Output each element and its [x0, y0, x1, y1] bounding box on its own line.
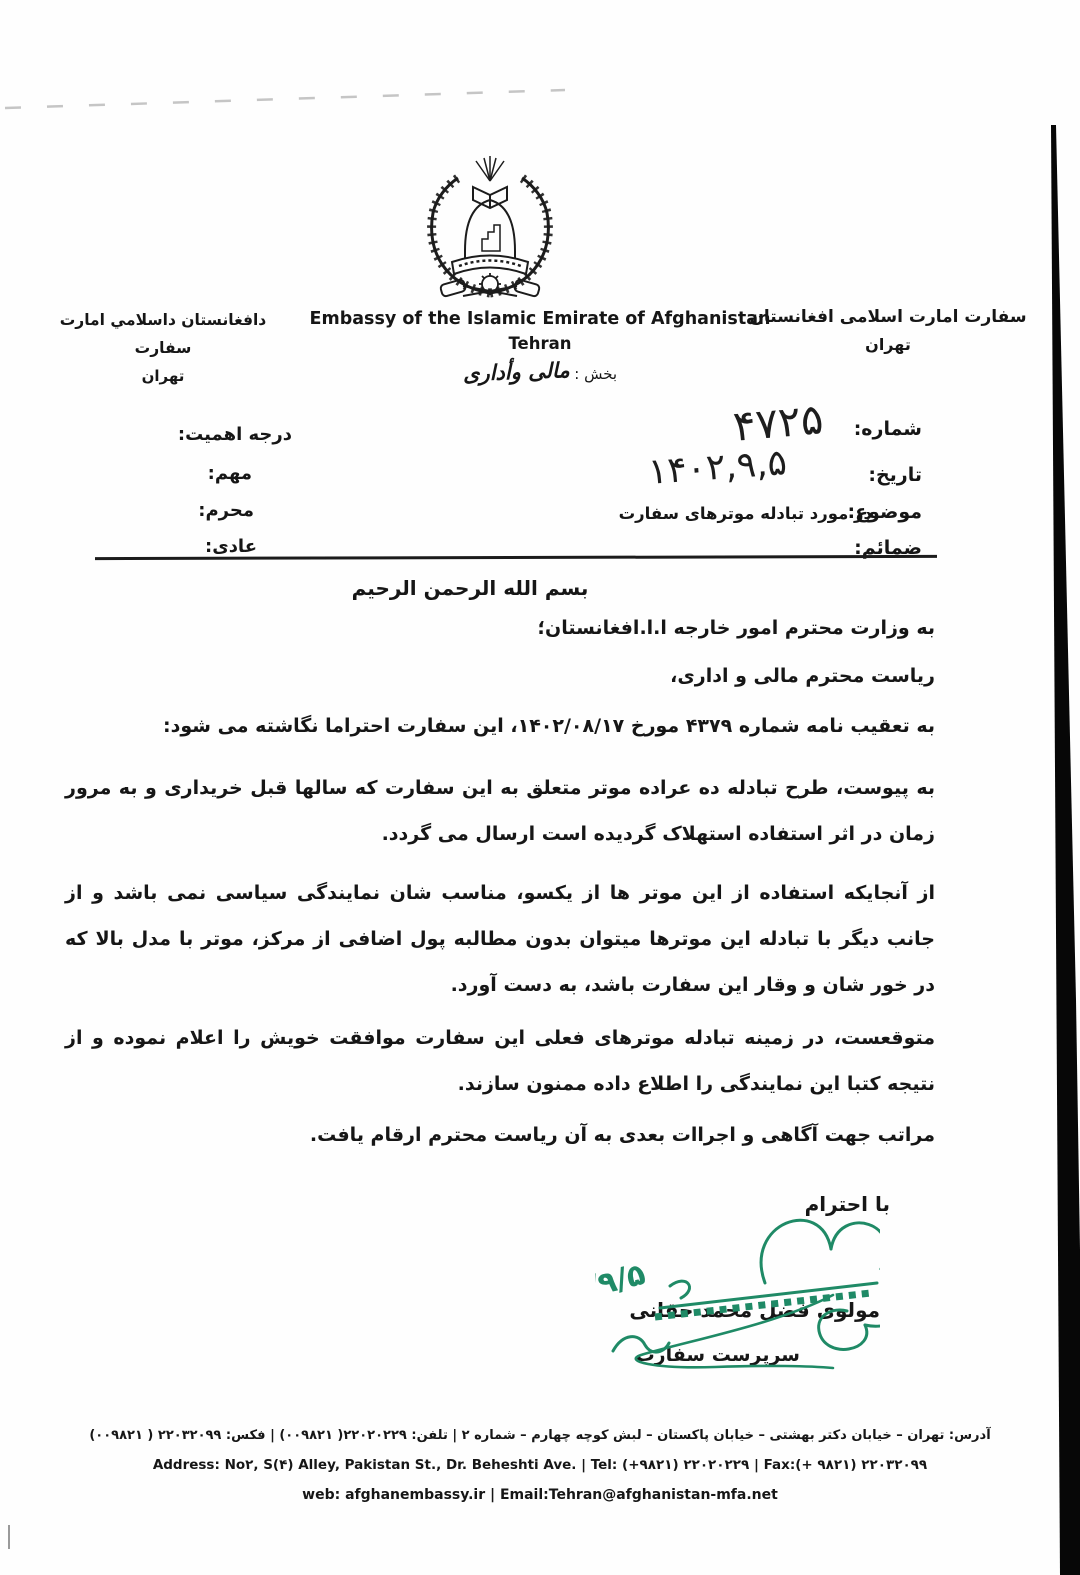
number-label: شماره: [854, 418, 922, 440]
subject-value: در مورد تبادله موترهای سفارت [619, 504, 872, 523]
reference-line: به تعقیب نامه شماره ۴۳۷۹ مورخ ۱۴۰۲/۰۸/۱۷… [163, 715, 935, 737]
scanned-letter-page: سفارت امارت اسلامی افغانستان تهران Embas… [0, 0, 1080, 1575]
directorate-line: ریاست محترم مالی و اداری، [670, 665, 935, 687]
footer-address-fa: آدرس: تهران – خیابان دکتر بهشتی – خیابان… [0, 1428, 1080, 1443]
header-english: Embassy of the Islamic Emirate of Afghan… [295, 306, 785, 390]
header-section-row: بخش : مالی وأداری [295, 356, 785, 390]
islamic-emirate-emblem-icon [405, 155, 575, 305]
signature-scribble: ۱۴۰۲/۹/۵ [595, 1165, 880, 1375]
signature-date-handwritten: ۱۴۰۲/۹/۵ [595, 1257, 649, 1323]
section-value-handwritten: مالی وأداری [462, 354, 570, 390]
bismillah-line: بسم الله الرحمن الرحیم [280, 576, 660, 600]
header-english-line2: Tehran [295, 332, 785, 356]
header-farsi-line1: سفارت امارت اسلامی افغانستان [748, 303, 1028, 331]
date-label: تاریخ: [868, 464, 922, 486]
footer-web-email: web: afghanembassy.ir | Email:Tehran@afg… [0, 1487, 1080, 1503]
closing-line: مراتب جهت آگاهی و اجراات بعدی به آن ریاس… [310, 1124, 935, 1146]
confidential-label: محرم: [198, 500, 254, 521]
emblem-quran-icon [473, 187, 507, 208]
header-farsi-line2: تهران [748, 331, 1028, 359]
paragraph-justification: از آنجایکه استفاده از این موتر ها از یکس… [65, 870, 935, 1008]
header-farsi: سفارت امارت اسلامی افغانستان تهران [748, 303, 1028, 359]
header-pashto-line1: دافغانستان داسلامي امارت سفارت [32, 306, 294, 362]
important-label: مهم: [208, 463, 252, 484]
fold-line-artifact [5, 90, 565, 108]
header-english-line1: Embassy of the Islamic Emirate of Afghan… [295, 306, 785, 332]
normal-label: عادی: [205, 536, 257, 557]
importance-label: درجه اهمیت: [178, 424, 292, 445]
signature-loops [660, 1220, 880, 1349]
emblem-banner-icon [452, 256, 528, 275]
section-label: بخش : [574, 365, 617, 383]
emblem-rays-icon [476, 156, 504, 181]
header-pashto-line2: تهران [32, 362, 294, 390]
addressee-line: به وزارت محترم امور خارجه ا.ا.افغانستان؛ [537, 617, 935, 639]
footer-address-en: Address: No۲, S(۴) Alley, Pakistan St., … [0, 1457, 1080, 1473]
paragraph-attachment: به پیوست، طرح تبادله ده عراده موتر متعلق… [65, 765, 935, 857]
paragraph-request: متوقعست، در زمینه تبادله موترهای فعلی ای… [65, 1015, 935, 1107]
header-pashto: دافغانستان داسلامي امارت سفارت تهران [32, 306, 294, 390]
scanner-edge-shadow [1051, 125, 1080, 1575]
